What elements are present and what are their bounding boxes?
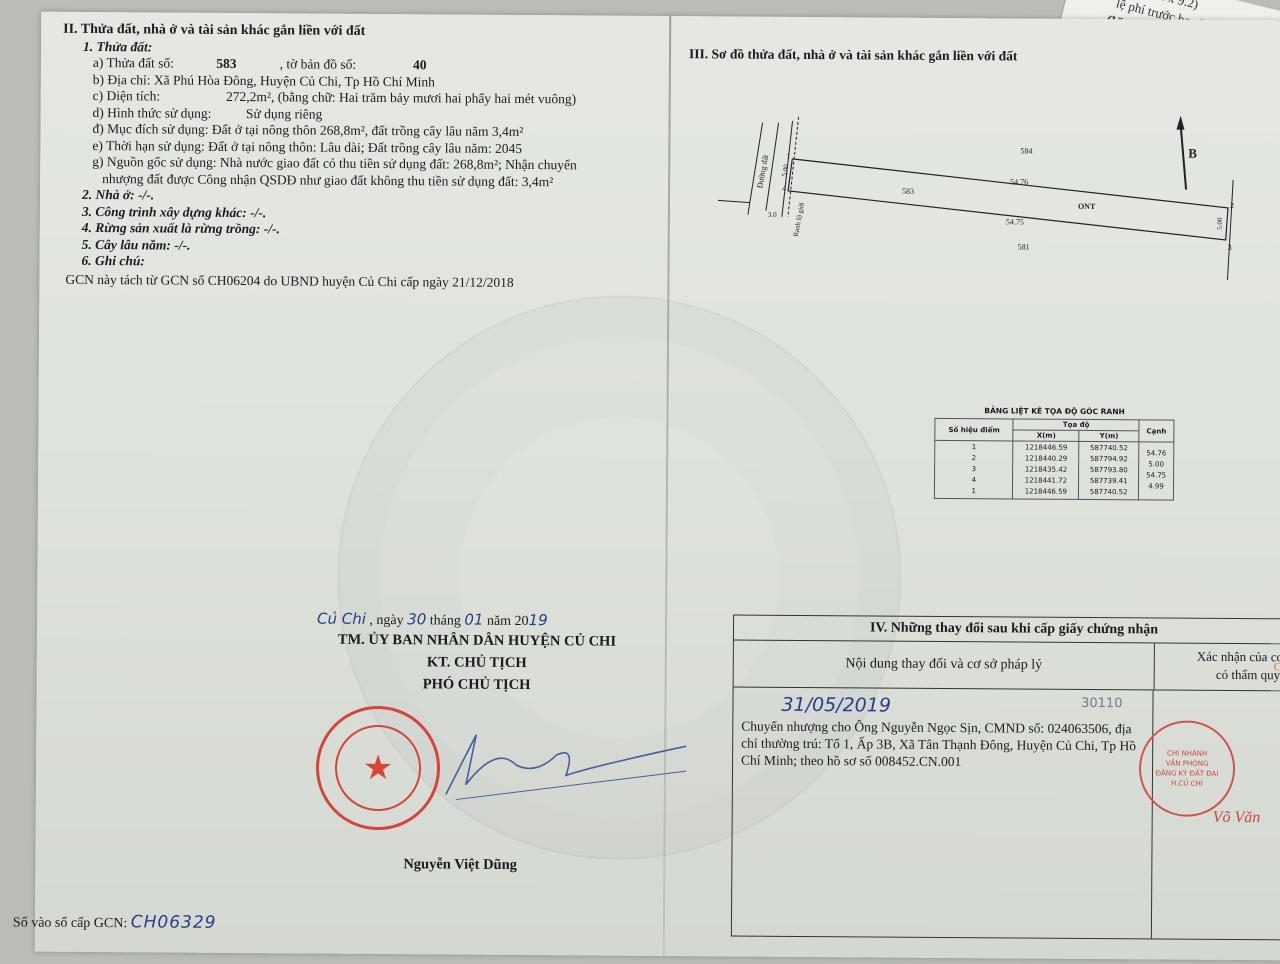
issuer-role: KT. CHỦ TỊCH	[277, 650, 677, 675]
issuer-authority: TM. ỦY BAN NHÂN DÂN HUYỆN CỦ CHI	[277, 628, 677, 653]
map-sheet-value: 40	[413, 57, 427, 74]
usage-term-value: Đất ở tại nông thôn: Lâu dài; Đất trồng …	[208, 138, 522, 155]
authority-confirmation: CHI NHÁNH VPĐK ĐẤT ĐAI H.CỦ CHI GIÁM ĐỐC…	[1152, 690, 1280, 939]
issuer-name: Nguyễn Việt Dũng	[403, 856, 517, 874]
edge-left-length: 5.00	[780, 163, 790, 177]
registry-signer: Võ Văn	[1213, 809, 1261, 827]
point-1-label: 1	[786, 152, 790, 161]
registration-label: Số vào sổ cấp GCN:	[13, 915, 127, 931]
point-4-label: 4	[782, 184, 786, 193]
parcel-583-label: 583	[902, 187, 914, 196]
coord-table-title: BẢNG LIỆT KÊ TỌA ĐỘ GÓC RANH	[935, 406, 1175, 417]
issue-year: 19	[529, 611, 548, 629]
origin-value: Nhà nước giao đất có thu tiền sử dụng đấ…	[220, 155, 577, 172]
north-label: B	[1188, 146, 1197, 161]
issuer-signature-block: Củ Chi , ngày 30 tháng 01 năm 2019 TM. Ủ…	[277, 609, 678, 697]
issue-day: 30	[407, 610, 426, 628]
stamp-header: CHI NHÁNH VPĐK ĐẤT ĐAI H.CỦ CHI GIÁM ĐỐC	[1274, 661, 1280, 675]
star-emblem-icon: ★	[335, 725, 422, 812]
notes-heading: 6. Ghi chú:	[61, 253, 661, 274]
year-label: năm 20	[487, 614, 529, 629]
col-coords: Tọa độ	[1013, 419, 1139, 431]
issue-place: Củ Chi	[317, 610, 366, 628]
area-value: 272,2m², (bằng chữ: Hai trăm bảy mươi ha…	[226, 89, 576, 106]
usage-purpose-value: Đất ở tại nông thôn 268,8m², đất trồng c…	[212, 122, 524, 139]
day-label: , ngày	[369, 613, 403, 628]
y-cells: 587740.52587794.92587793.80587739.415877…	[1079, 441, 1139, 499]
point-2-label: 2	[1230, 201, 1234, 210]
x-cells: 1218446.591218440.291218435.421218441.72…	[1013, 441, 1079, 499]
registration-value: CH06329	[131, 912, 217, 933]
month-label: tháng	[430, 613, 461, 628]
changes-body: 31/05/2019 30110 Chuyển nhượng cho Ông N…	[732, 687, 1280, 939]
parcel-584-label: 584	[1020, 146, 1032, 155]
point-cells: 12341	[934, 440, 1013, 499]
section-iii-title: III. Sơ đồ thửa đất, nhà ở và tài sản kh…	[689, 46, 1249, 66]
offset-label: 3.0	[768, 211, 777, 219]
signature-scribble	[436, 724, 697, 806]
usage-form-value: Sử dụng riêng	[246, 106, 322, 122]
road-label: Đường đất	[755, 153, 770, 189]
section-iv-changes: IV. Những thay đổi sau khi cấp giấy chứn…	[731, 614, 1280, 940]
address-label: b) Địa chỉ:	[93, 72, 151, 87]
edge-cells: 54.765.0054.754.99	[1138, 442, 1173, 500]
parcel-sketch: B 584 583 581 ONT 54.76 54.75 1 2 3 4 3.…	[687, 76, 1249, 320]
issue-month: 01	[464, 611, 483, 629]
table-row: 12341 1218446.591218440.291218435.421218…	[934, 440, 1173, 500]
change-content-header: Nội dung thay đổi và cơ sở pháp lý	[734, 640, 1155, 689]
parcel-number-value: 583	[216, 56, 276, 73]
col-x: X(m)	[1013, 430, 1079, 441]
col-edge: Cạnh	[1139, 420, 1174, 442]
land-type-label: ONT	[1078, 202, 1096, 211]
corner-coordinates-table: BẢNG LIỆT KÊ TỌA ĐỘ GÓC RANH Số hiệu điể…	[934, 406, 1175, 501]
usage-purpose-label: đ) Mục đích sử dụng:	[92, 121, 208, 137]
official-red-stamp: ★	[316, 706, 441, 831]
issuer-position: PHÓ CHỦ TỊCH	[277, 672, 677, 697]
area-label: c) Diện tích:	[93, 88, 223, 105]
col-y: Y(m)	[1079, 430, 1139, 441]
authority-confirm-header: Xác nhận của cơ quan có thẩm quyền	[1155, 643, 1280, 690]
registry-red-stamp: CHI NHÁNH VĂN PHÒNG ĐĂNG KÝ ĐẤT ĐAI H.CỦ…	[1139, 720, 1236, 817]
usage-term-label: e) Thời hạn sử dụng:	[92, 138, 205, 154]
usage-form-label: d) Hình thức sử dụng:	[93, 105, 243, 123]
section-ii: II. Thửa đất, nhà ở và tài sản khác gắn …	[61, 22, 663, 292]
map-sheet-label: , tờ bản đồ số:	[280, 56, 410, 73]
parcel-number-label: a) Thửa đất số:	[93, 55, 213, 72]
parcel-581-label: 581	[1018, 242, 1030, 251]
col-point: Số hiệu điểm	[935, 418, 1014, 441]
coord-table: Số hiệu điểm Tọa độ Cạnh X(m) Y(m) 12341	[934, 418, 1175, 501]
boundary-label: Ranh lộ giới	[792, 202, 806, 238]
edge-right-length: 5.00	[1216, 217, 1224, 230]
origin-label: g) Nguồn gốc sử dụng:	[92, 154, 216, 170]
address-value: Xã Phú Hòa Đông, Huyện Củ Chi, Tp Hồ Chí…	[154, 72, 435, 89]
notes-text: GCN này tách từ GCN số CH06204 do UBND h…	[61, 271, 661, 292]
change-code: 30110	[1081, 696, 1122, 711]
land-use-certificate: II. Thửa đất, nhà ở và tài sản khác gắn …	[35, 12, 1280, 961]
point-3-label: 3	[1228, 243, 1232, 252]
registration-number: Số vào sổ cấp GCN: CH06329	[13, 911, 217, 932]
edge-top-length: 54.76	[1010, 177, 1028, 186]
section-iii: III. Sơ đồ thửa đất, nhà ở và tài sản kh…	[689, 46, 1249, 66]
changes-header: Nội dung thay đổi và cơ sở pháp lý Xác n…	[734, 640, 1280, 691]
edge-bottom-length: 54.75	[1006, 217, 1024, 226]
change-description: Chuyển nhượng cho Ông Nguyễn Ngọc Sịn, C…	[741, 718, 1144, 772]
change-entry: 31/05/2019 30110 Chuyển nhượng cho Ông N…	[732, 687, 1154, 938]
